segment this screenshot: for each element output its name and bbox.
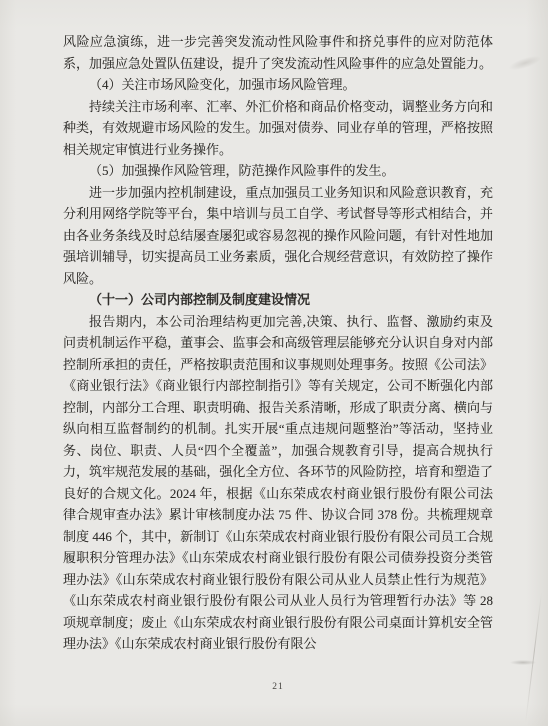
- paragraph-internal-control-detail: 报告期内，本公司治理结构更加完善,决策、执行、监督、激励约束及问责机制运作平稳，…: [63, 311, 493, 655]
- section-heading-internal-control: （十一）公司内部控制及制度建设情况: [63, 289, 493, 311]
- page-number: 21: [63, 682, 493, 692]
- scan-smudge-top: [507, 53, 542, 73]
- scan-crease-artifact: [525, 592, 542, 723]
- paragraph-market-risk-detail: 持续关注市场利率、汇率、外汇价格和商品价格变动，调整业务方向和种类，有效规避市场…: [63, 96, 493, 161]
- page-text-block: 风险应急演练，进一步完善突发流动性风险事件和挤兑事件的应对防范体系，加强应急处置…: [63, 31, 493, 655]
- paragraph-liquidity-risk-continuation: 风险应急演练，进一步完善突发流动性风险事件和挤兑事件的应对防范体系，加强应急处置…: [63, 31, 493, 74]
- paragraph-operational-risk-detail: 进一步加强内控机制建设，重点加强员工业务知识和风险意识教育，充分利用网络学院等平…: [63, 182, 493, 290]
- paragraph-point-4-market-risk: （4）关注市场风险变化，加强市场风险管理。: [63, 74, 493, 96]
- scan-smudge-bottom: [510, 660, 536, 665]
- paragraph-point-5-operational-risk: （5）加强操作风险管理，防范操作风险事件的发生。: [63, 160, 493, 182]
- scanned-report-page: 风险应急演练，进一步完善突发流动性风险事件和挤兑事件的应对防范体系，加强应急处置…: [0, 0, 548, 726]
